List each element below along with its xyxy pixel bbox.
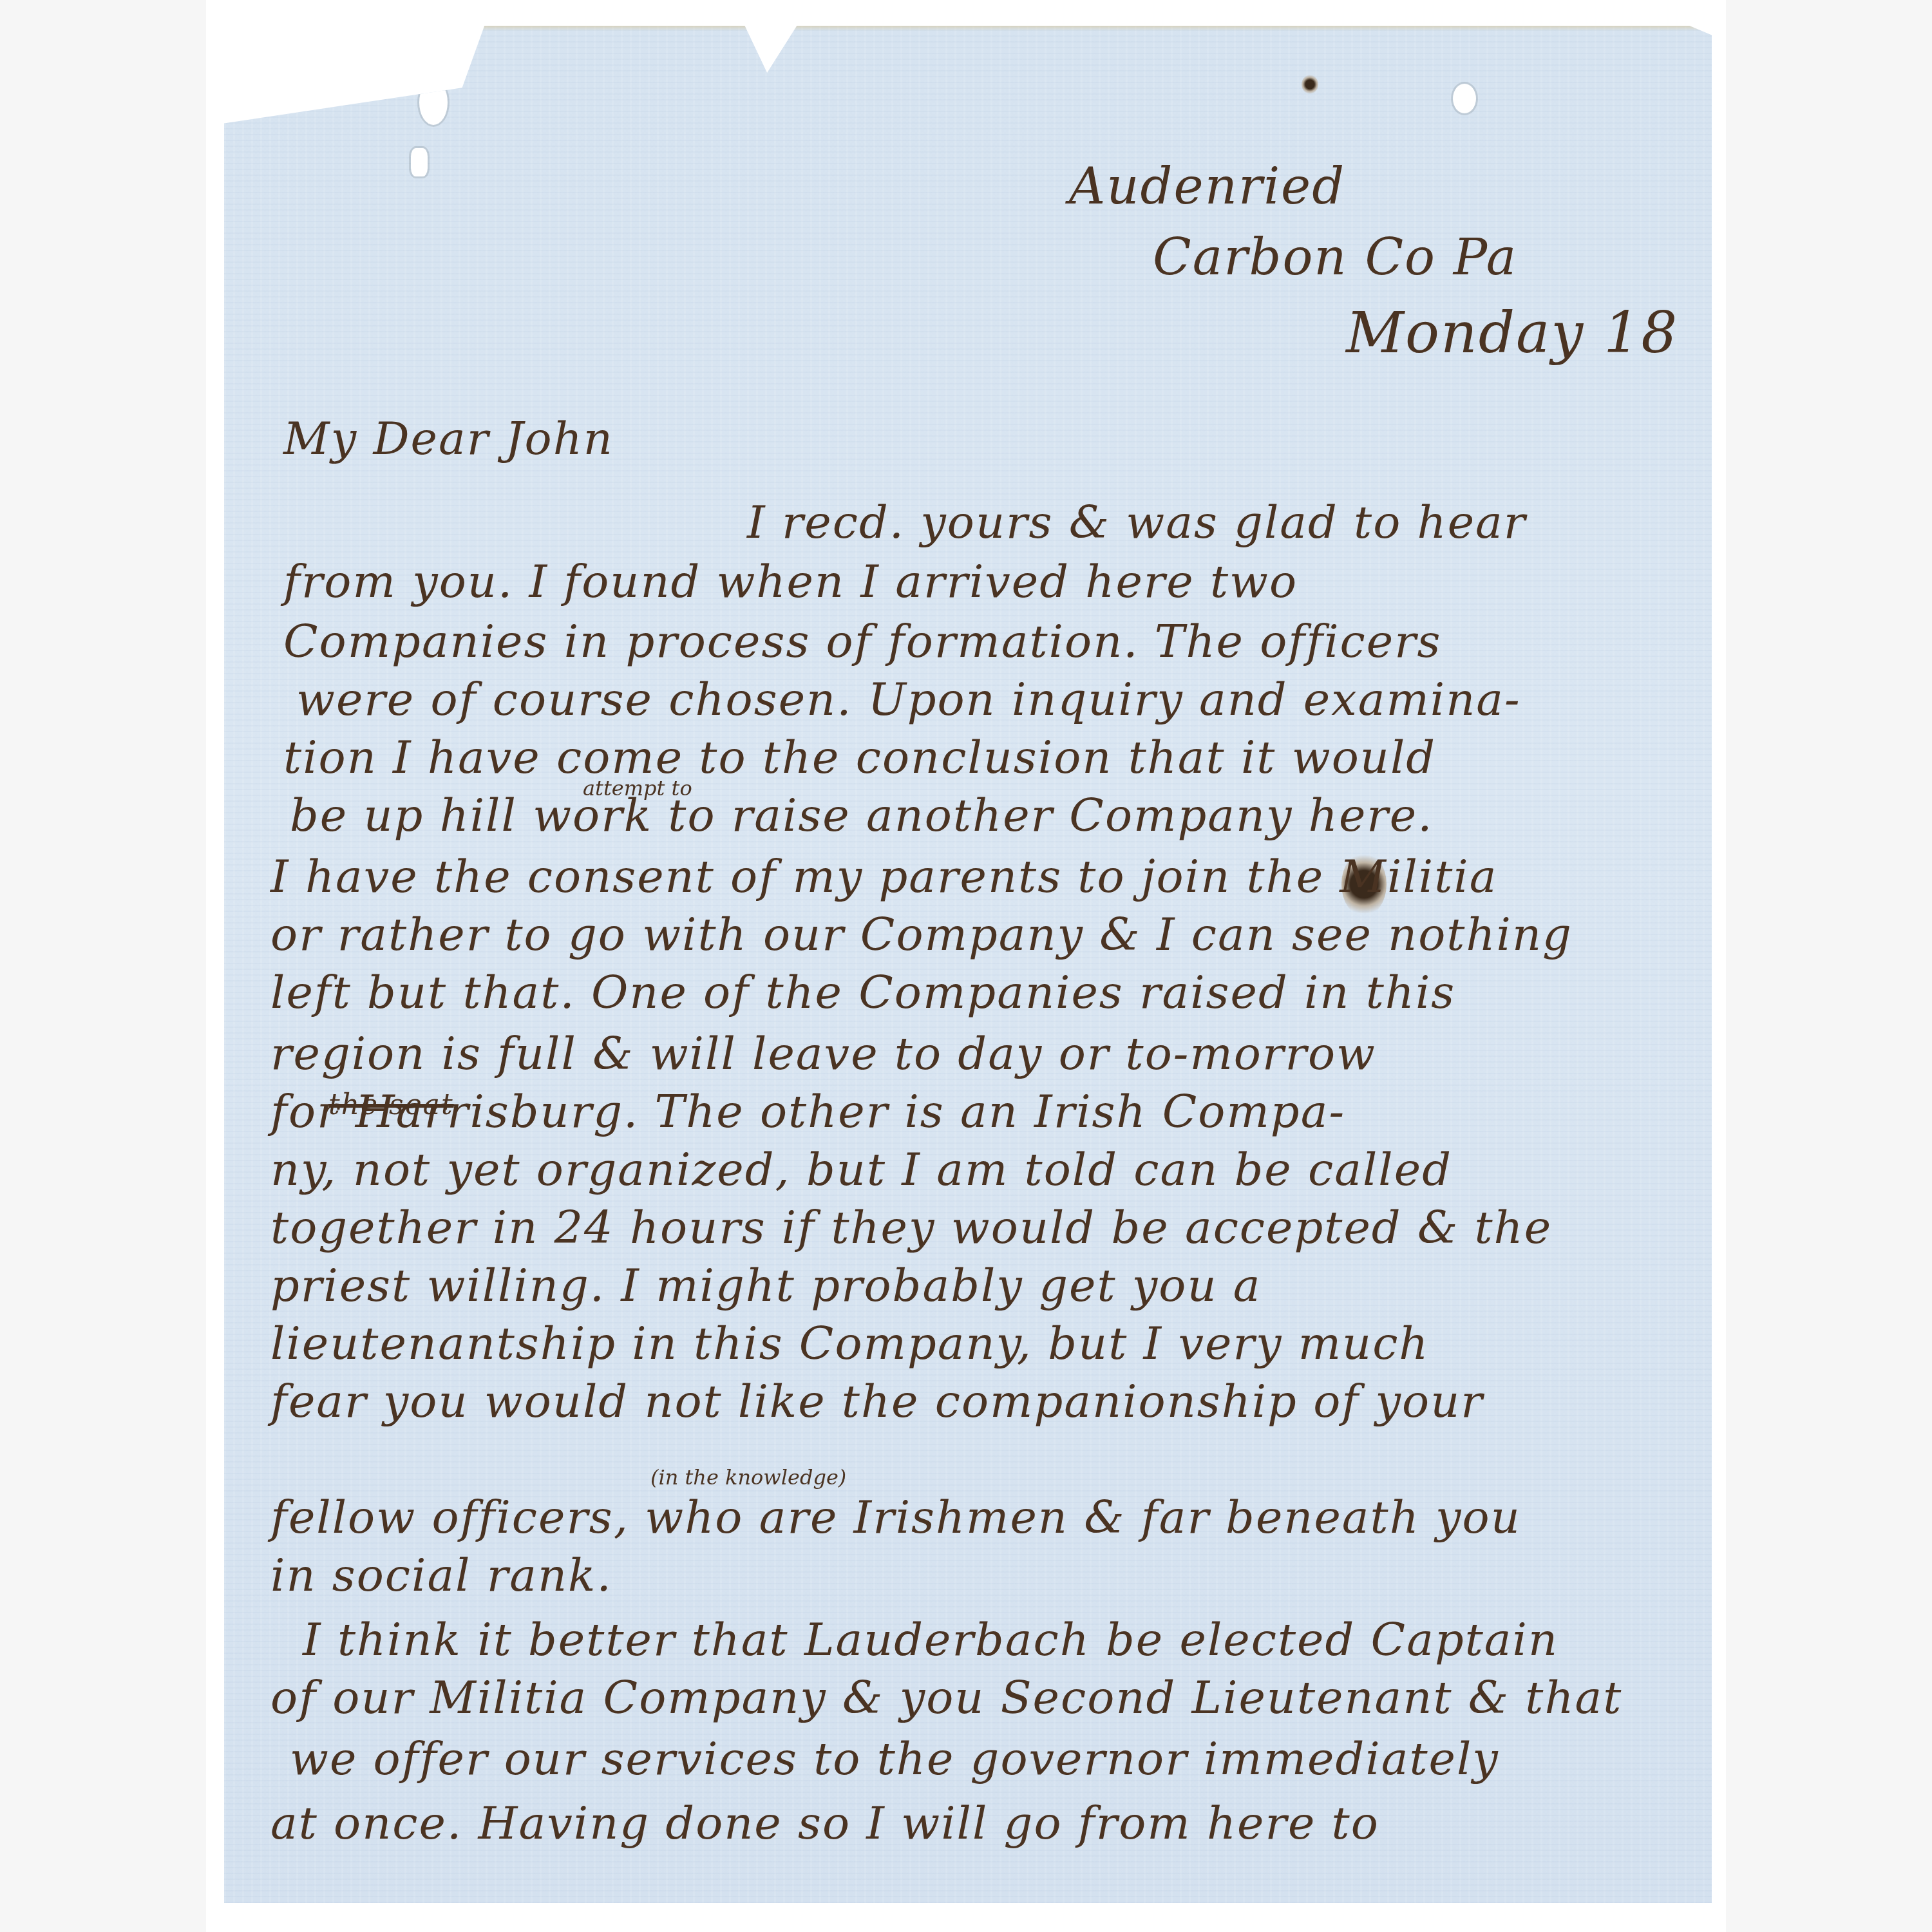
body-line: I have the consent of my parents to join… xyxy=(270,850,1497,903)
insertion-parenthetical: (in the knowledge) xyxy=(650,1465,846,1490)
body-line: fear you would not like the companionshi… xyxy=(270,1375,1484,1428)
body-line: together in 24 hours if they would be ac… xyxy=(270,1201,1552,1254)
body-line: left but that. One of the Companies rais… xyxy=(270,966,1455,1019)
body-line: of our Militia Company & you Second Lieu… xyxy=(270,1671,1622,1724)
body-line: I recd. yours & was glad to hear xyxy=(747,496,1526,549)
body-line: in social rank. xyxy=(270,1549,612,1602)
body-line: fellow officers, who are Irishmen & far … xyxy=(270,1491,1521,1544)
body-line: tion I have come to the conclusion that … xyxy=(283,731,1436,784)
letter-date: Monday 18 xyxy=(1346,299,1678,366)
body-line: for Harrisburg. The other is an Irish Co… xyxy=(270,1085,1345,1138)
body-line: be up hill work to raise another Company… xyxy=(290,789,1434,842)
letter-place: Audenried xyxy=(1069,158,1345,216)
body-line: I think it better that Lauderbach be ele… xyxy=(303,1613,1558,1666)
body-line: at once. Having done so I will go from h… xyxy=(270,1797,1379,1850)
body-line: ny, not yet organized, but I am told can… xyxy=(270,1143,1452,1196)
body-line: region is full & will leave to day or to… xyxy=(270,1027,1376,1080)
body-line: were of course chosen. Upon inquiry and … xyxy=(296,673,1521,726)
punch-hole-right xyxy=(1453,84,1476,113)
body-line: priest willing. I might probably get you… xyxy=(270,1259,1262,1312)
body-line: we offer our services to the governor im… xyxy=(290,1732,1499,1785)
body-line: lieutenantship in this Company, but I ve… xyxy=(270,1317,1429,1370)
salutation: My Dear John xyxy=(283,412,614,465)
body-line: from you. I found when I arrived here tw… xyxy=(283,555,1298,608)
ink-spot-top xyxy=(1302,75,1318,94)
body-line: or rather to go with our Company & I can… xyxy=(270,908,1573,961)
punch-hole-left-lower xyxy=(411,148,428,176)
body-line: Companies in process of formation. The o… xyxy=(283,615,1442,668)
letter-county: Carbon Co Pa xyxy=(1153,229,1517,287)
